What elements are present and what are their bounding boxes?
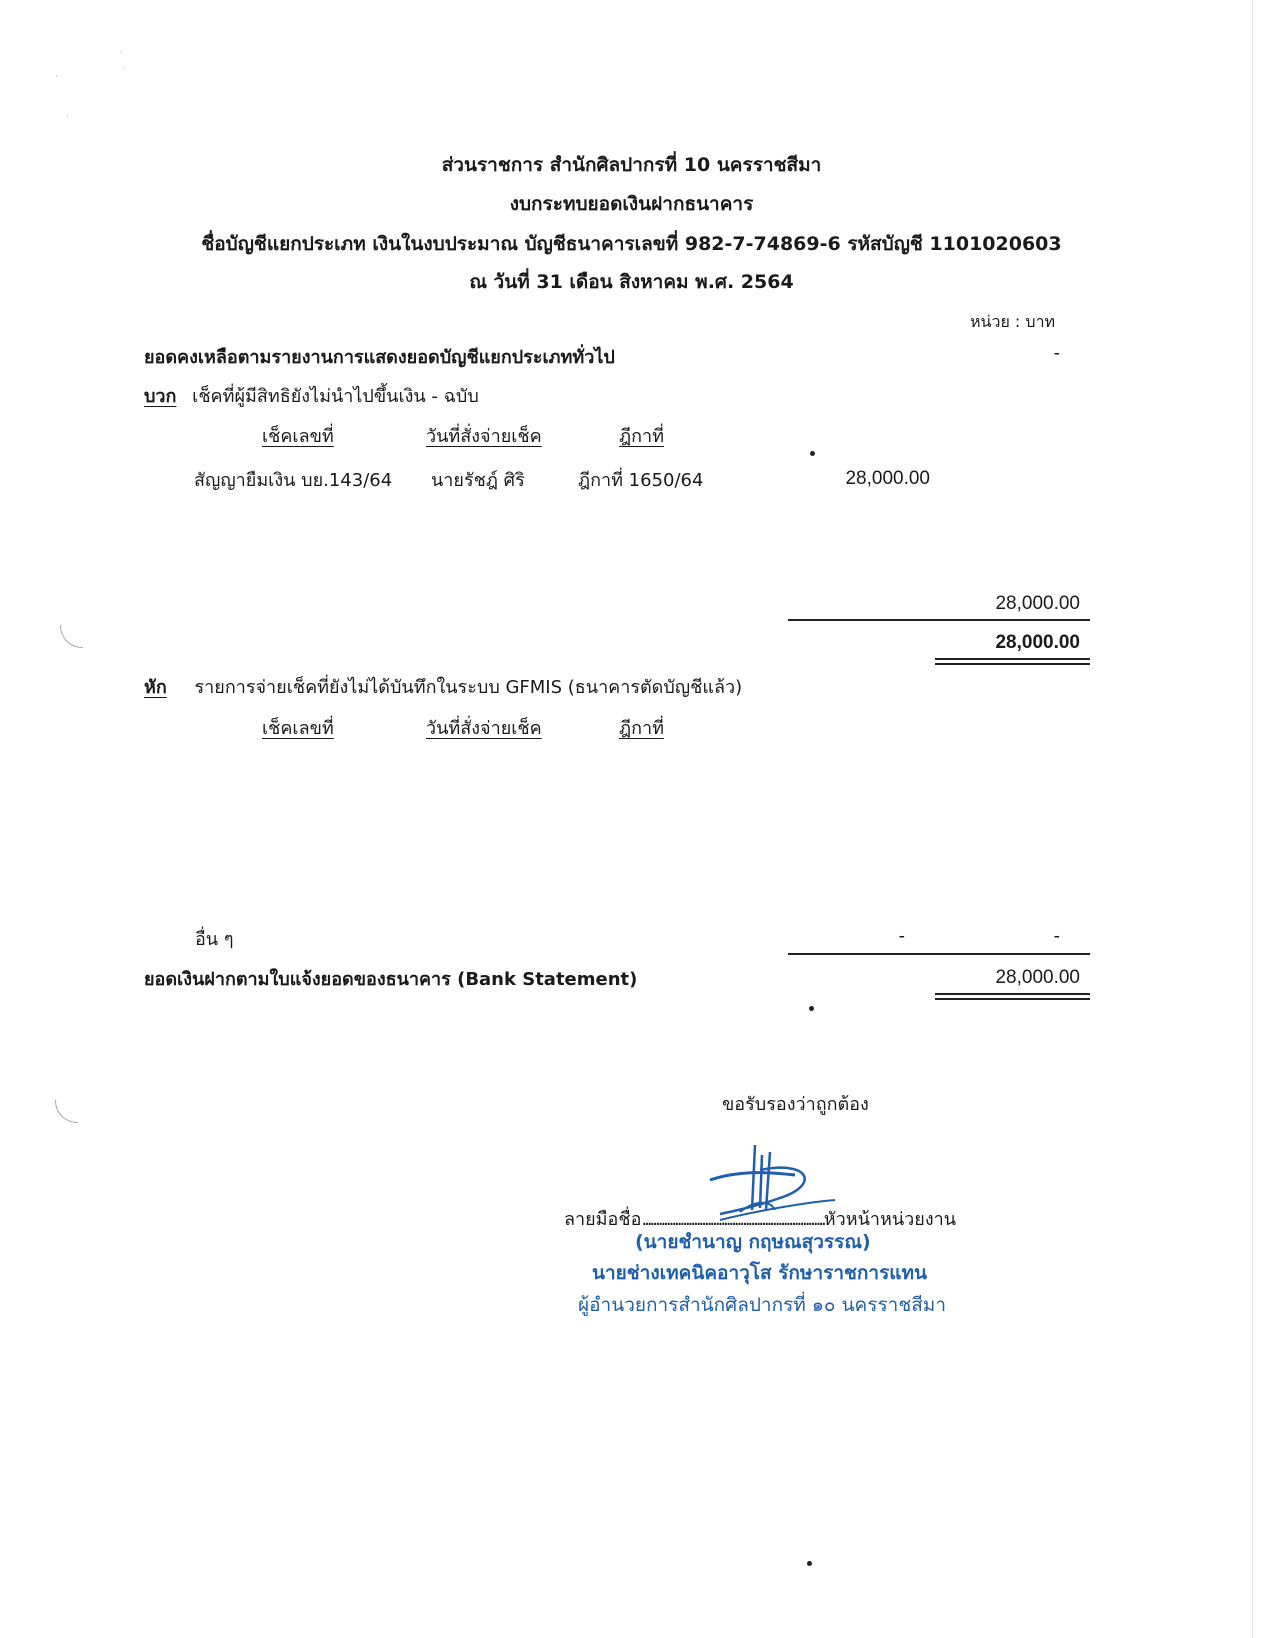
deduct-column-header-cheque-date: วันที่สั่งจ่ายเช็ค (426, 713, 542, 742)
add-total: 28,000.00 (900, 632, 1080, 654)
signature-label: ลายมือชื่อ (564, 1209, 641, 1230)
scan-artifact: ˎ (122, 58, 127, 69)
deduct-column-header-voucher: ฎีกาที่ (619, 713, 664, 742)
scan-artifact: ˌ (66, 108, 69, 119)
certify-text: ขอรับรองว่าถูกต้อง (722, 1089, 869, 1118)
subtotal-rule (788, 619, 1090, 621)
hole-punch-mark (60, 625, 83, 648)
other-amount-left: - (880, 926, 905, 948)
other-rule (788, 953, 1090, 955)
bank-statement-label: ยอดเงินฝากตามใบแจ้งยอดของธนาคาร (Bank St… (144, 964, 637, 993)
signer-title: นายช่างเทคนิคอาวุโส รักษาราชการแทน (592, 1258, 927, 1288)
column-header-cheque-no: เช็คเลขที่ (262, 421, 334, 450)
account-info: ชื่อบัญชีแยกประเภท เงินในงบประมาณ บัญชีธ… (0, 229, 1263, 259)
column-header-cheque-date: วันที่สั่งจ่ายเช็ค (426, 421, 542, 450)
scan-speck (810, 451, 815, 456)
row-cheque-no: สัญญายืมเงิน บย.143/64 (194, 465, 392, 494)
deduct-section: หัก รายการจ่ายเช็คที่ยังไม่ได้บันทึกในระ… (144, 672, 742, 701)
deduct-keyword: หัก (144, 677, 167, 698)
add-description: เช็คที่ผู้มีสิทธิยังไม่นำไปขึ้นเงิน - ฉบ… (192, 386, 479, 407)
other-label: อื่น ๆ (195, 924, 234, 953)
agency-heading: ส่วนราชการ สำนักศิลปากรที่ 10 นครราชสีมา (0, 150, 1263, 180)
add-subtotal: 28,000.00 (900, 593, 1080, 615)
document-title: งบกระทบยอดเงินฝากธนาคาร (0, 189, 1263, 219)
ledger-balance-label: ยอดคงเหลือตามรายงานการแสดงยอดบัญชีแยกประ… (144, 342, 615, 371)
deduct-description: รายการจ่ายเช็คที่ยังไม่ได้บันทึกในระบบ G… (195, 677, 743, 698)
add-section: บวก เช็คที่ผู้มีสิทธิยังไม่นำไปขึ้นเงิน … (144, 381, 479, 410)
scan-speck (807, 1561, 812, 1566)
row-amount: 28,000.00 (790, 468, 930, 490)
add-keyword: บวก (144, 386, 176, 407)
signer-office: ผู้อำนวยการสำนักศิลปากรที่ ๑๐ นครราชสีมา (578, 1290, 946, 1320)
scan-speck (809, 1006, 814, 1011)
signer-name: (นายชำนาญ กฤษณสุวรรณ) (635, 1227, 871, 1257)
column-header-voucher: ฎีกาที่ (619, 421, 664, 450)
row-voucher: ฎีกาที่ 1650/64 (578, 465, 703, 494)
report-date: ณ วันที่ 31 เดือน สิงหาคม พ.ศ. 2564 (0, 267, 1263, 297)
bank-statement-double-rule (935, 993, 1090, 1000)
unit-label: หน่วย : บาท (970, 310, 1055, 335)
row-payee: นายรัชฎ์ ศิริ (431, 465, 525, 494)
ledger-balance-amount: - (1000, 343, 1060, 365)
scan-artifact: · (55, 72, 58, 83)
total-double-rule (935, 658, 1090, 665)
scan-artifact: ˏ (118, 42, 123, 53)
other-amount-right: - (1035, 926, 1060, 948)
hole-punch-mark (55, 1100, 78, 1123)
bank-statement-amount: 28,000.00 (900, 967, 1080, 989)
deduct-column-header-cheque-no: เช็คเลขที่ (262, 713, 334, 742)
